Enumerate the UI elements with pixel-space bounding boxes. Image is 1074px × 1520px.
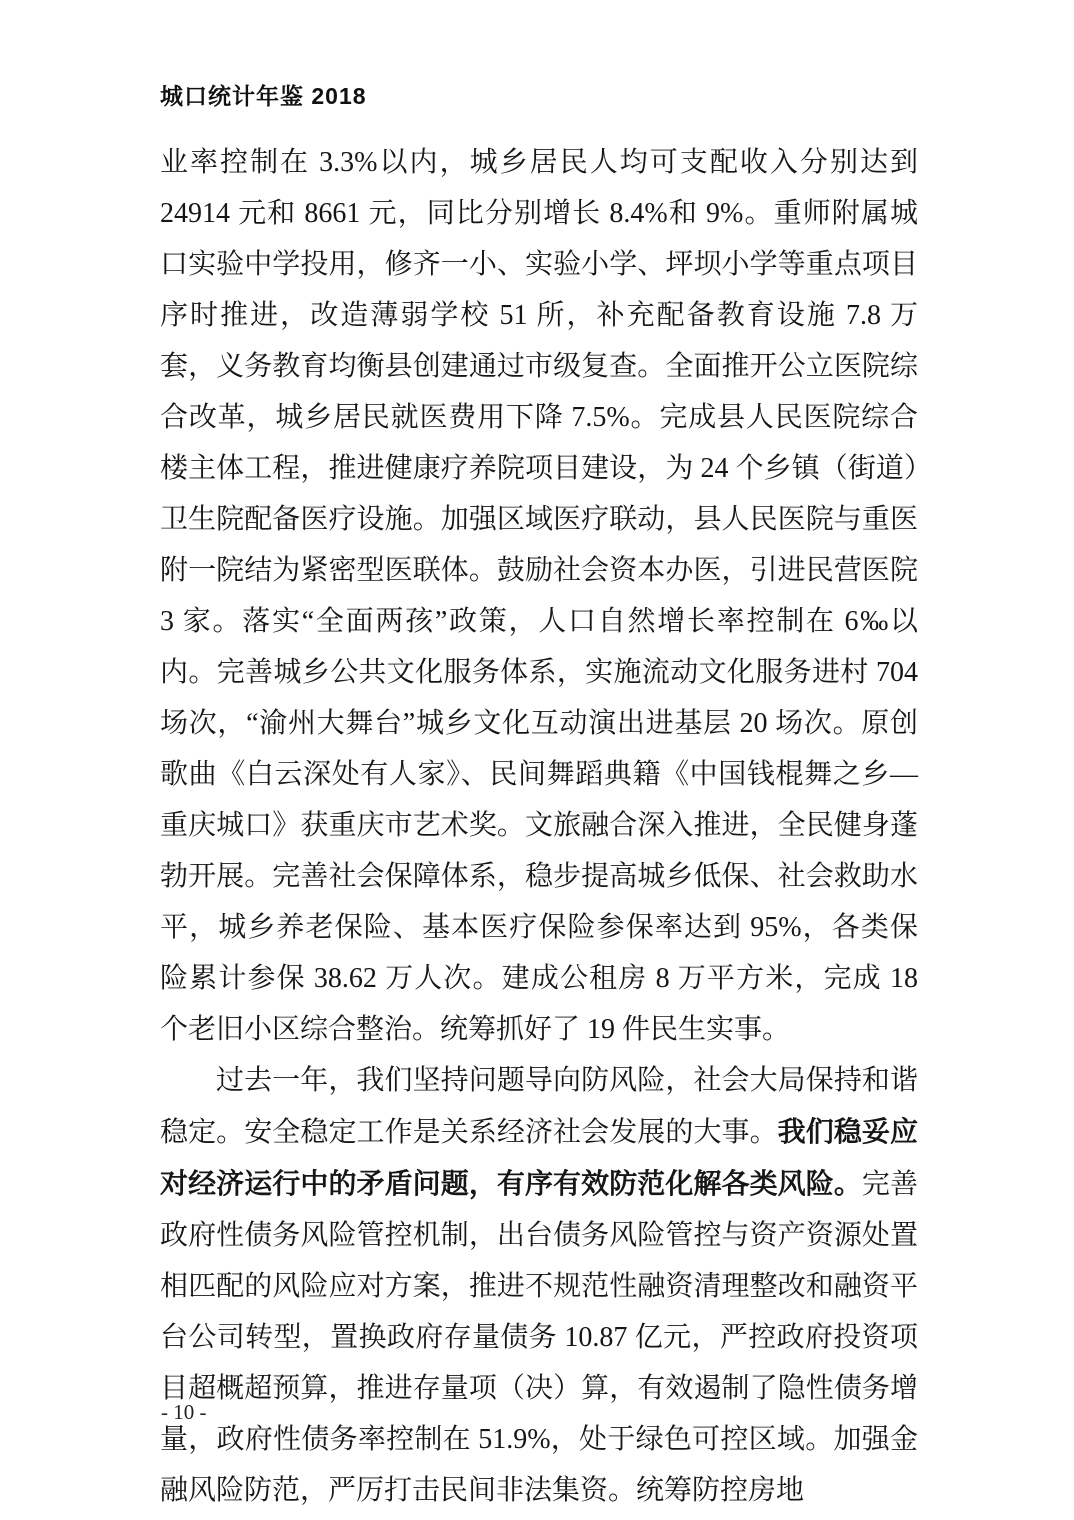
page-header: 城口统计年鉴 2018 <box>160 78 367 111</box>
header-title: 城口统计年鉴 2018 <box>160 83 367 109</box>
page-footer: - 10 - <box>161 1400 207 1425</box>
paragraph-1: 业率控制在 3.3%以内，城乡居民人均可支配收入分别达到 24914 元和 86… <box>160 137 918 1055</box>
document-page: 城口统计年鉴 2018 业率控制在 3.3%以内，城乡居民人均可支配收入分别达到… <box>0 0 1074 1520</box>
paragraph-2-segment-3: 完善政府性债务风险管控机制，出台债务风险管控与资产资源处置相匹配的风险应对方案，… <box>160 1169 918 1506</box>
page-number: - 10 - <box>161 1400 207 1424</box>
body-text: 业率控制在 3.3%以内，城乡居民人均可支配收入分别达到 24914 元和 86… <box>160 137 918 1516</box>
paragraph-1-text: 业率控制在 3.3%以内，城乡居民人均可支配收入分别达到 24914 元和 86… <box>160 147 918 1045</box>
paragraph-2: 过去一年，我们坚持问题导向防风险，社会大局保持和谐稳定。安全稳定工作是关系经济社… <box>160 1055 918 1516</box>
